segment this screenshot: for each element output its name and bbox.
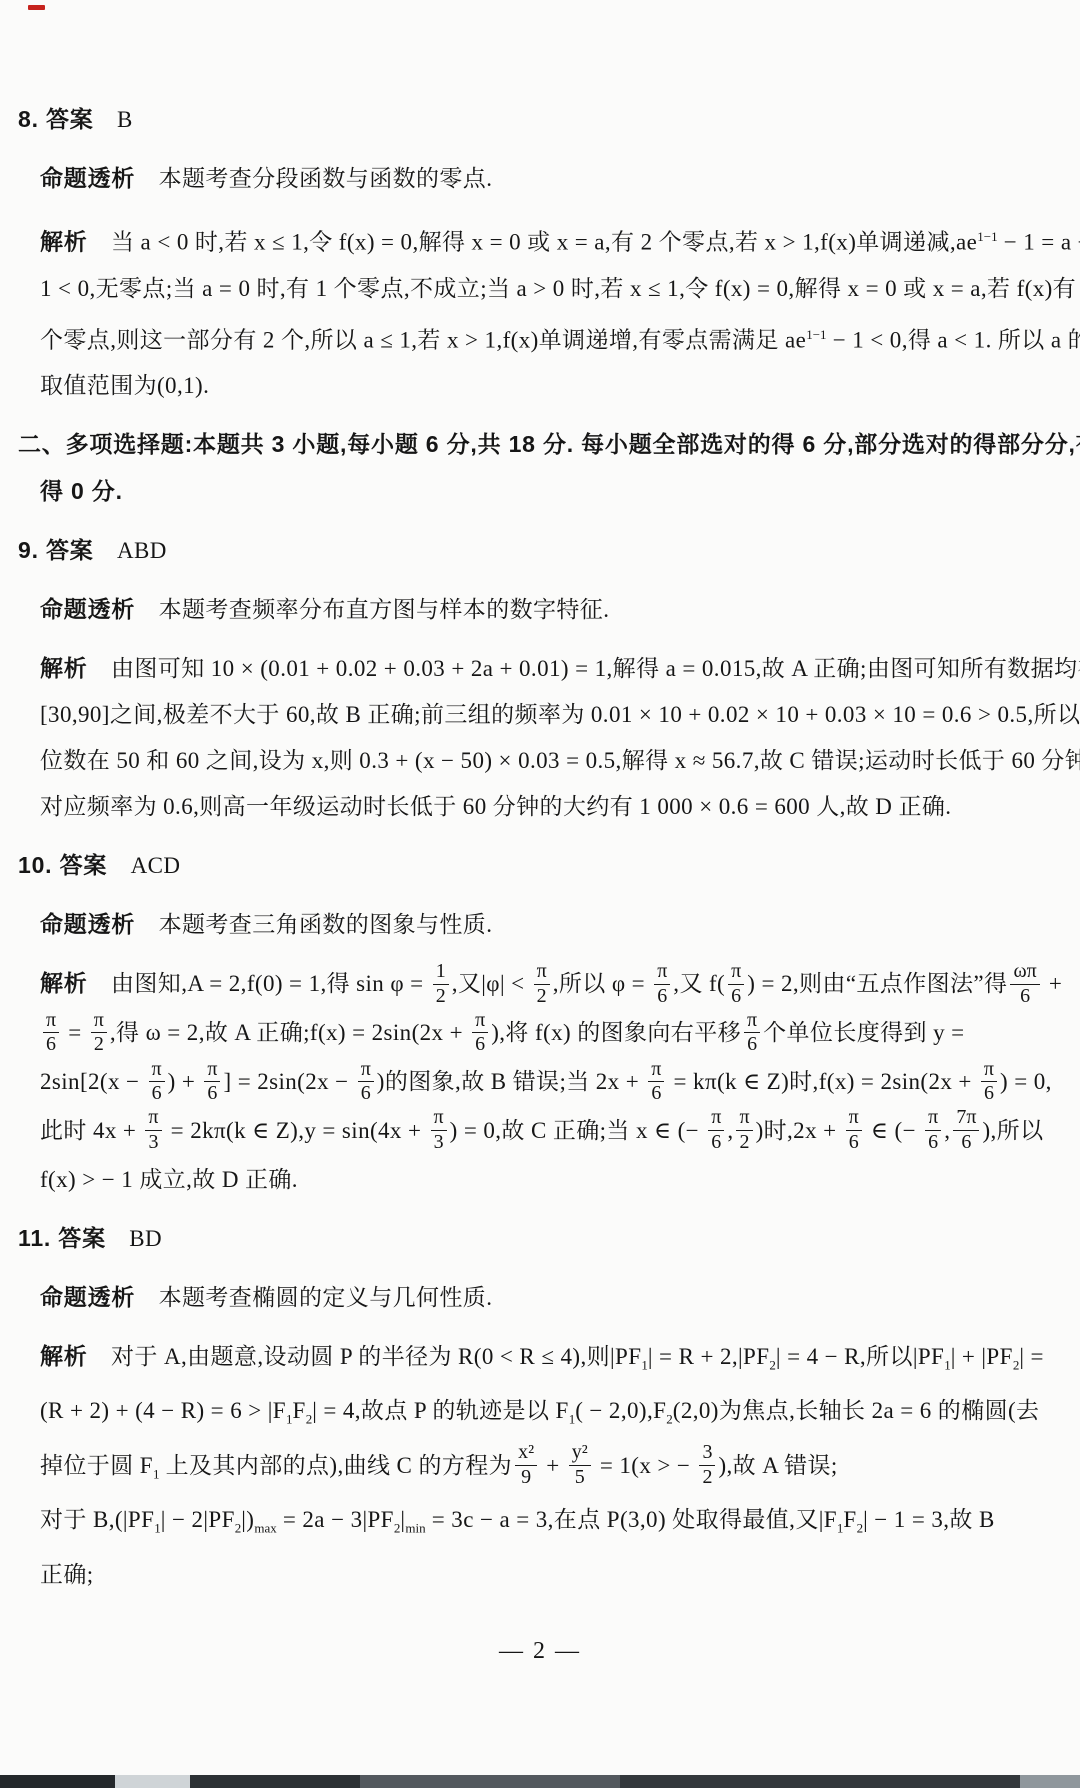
fraction: π3 [431,1108,447,1155]
strip-segment [1020,1775,1080,1788]
bold-label: 9. 答案 [18,537,94,563]
bold-label: 命题透析 [40,165,135,191]
fraction-numerator: π [43,1010,59,1033]
text-run: 对于 A,由题意,设动圆 P 的半径为 R(0 < R ≤ 4),则|PF [88,1344,642,1369]
fraction-numerator: π [431,1108,447,1131]
fraction-numerator: π [728,960,744,984]
text-line: 9. 答案 ABD [0,527,1080,574]
text-run: 1 < 0,无零点;当 a = 0 时,有 1 个零点,不成立;当 a > 0 … [40,276,1080,301]
fraction-numerator: π [358,1059,374,1082]
text-line: 11. 答案 BD [0,1215,1080,1262]
text-run: ) + [168,1069,202,1094]
fraction-denominator: 2 [700,1466,714,1490]
fraction: π6 [925,1108,941,1155]
q10-insight: 命题透析 本题考查三角函数的图象与性质. [0,901,1080,948]
fraction: π6 [472,1010,488,1057]
text-run: 取值范围为(0,1). [40,373,209,398]
superscript: 1−1 [977,229,997,244]
fraction-numerator: 3 [699,1443,715,1466]
fraction-denominator: 6 [205,1082,219,1106]
strip-segment [620,1775,1020,1788]
text-run: | − 2|PF [161,1507,235,1532]
fraction-numerator: π [149,1059,165,1082]
fraction: π6 [708,1108,724,1155]
fraction: π6 [846,1108,862,1155]
fraction: π6 [981,1059,997,1106]
fraction-denominator: 2 [92,1033,106,1057]
strip-segment [0,1775,115,1788]
text-run: = 2kπ(k ∈ Z),y = sin(4x + [165,1118,428,1143]
text-run: ) = 0, [1000,1069,1052,1094]
text-line: 命题透析 本题考查频率分布直方图与样本的数字特征. [0,586,1080,633]
fraction-denominator: 3 [432,1131,446,1155]
fraction: π6 [43,1010,59,1057]
text-run: , [727,1118,733,1143]
q8-insight: 命题透析 本题考查分段函数与函数的零点. [0,155,1080,202]
text-run: ),将 f(x) 的图象向右平移 [491,1020,741,1045]
text-run: 由图知,A = 2,f(0) = 1,得 sin φ = [88,971,430,996]
text-run: f(x) > − 1 成立,故 D 正确. [40,1167,298,1192]
text-run: = 1(x > − [594,1453,697,1478]
fraction: π2 [736,1108,752,1155]
fraction-numerator: π [846,1108,862,1131]
text-line: 命题透析 本题考查三角函数的图象与性质. [0,901,1080,948]
text-run: 此时 4x + [40,1118,142,1143]
fraction: π2 [91,1010,107,1057]
text-run: ,又 f( [673,971,725,996]
text-run: ACD [107,853,180,878]
text-run: | = 4 − R,所以|PF [776,1344,944,1369]
fraction: π6 [654,960,670,1008]
exam-answer-page: 8. 答案 B命题透析 本题考查分段函数与函数的零点.解析 当 a < 0 时,… [0,0,1080,1788]
fraction-numerator: y² [569,1443,591,1466]
fraction-denominator: 6 [649,1082,663,1106]
text-run: 本题考查频率分布直方图与样本的数字特征. [135,597,609,622]
fraction-numerator: π [534,960,550,984]
text-line: 掉位于圆 F1 上及其内部的点),曲线 C 的方程为x²9 + y²5 = 1(… [0,1443,1080,1498]
text-run: ) = 0,故 C 正确;当 x ∈ (− [450,1118,706,1143]
fraction-numerator: π [91,1010,107,1033]
fraction-denominator: 6 [745,1033,759,1057]
text-line: f(x) > − 1 成立,故 D 正确. [0,1157,1080,1203]
text-line: (R + 2) + (4 − R) = 6 > |F1F2| = 4,故点 P … [0,1388,1080,1443]
fraction-numerator: 7π [953,1108,979,1131]
fraction: π6 [149,1059,165,1106]
text-run: 对应频率为 0.6,则高一年级运动时长低于 60 分钟的大约有 1 000 × … [40,794,951,819]
fraction: π6 [358,1059,374,1106]
text-line: 8. 答案 B [0,96,1080,143]
text-line: 个零点,则这一部分有 2 个,所以 a ≤ 1,若 x > 1,f(x)单调递增… [0,312,1080,364]
fraction: π6 [204,1059,220,1106]
text-line: 解析 由图知,A = 2,f(0) = 1,得 sin φ = 12,又|φ| … [0,960,1080,1010]
q11-analysis: 解析 对于 A,由题意,设动圆 P 的半径为 R(0 < R ≤ 4),则|PF… [0,1333,1080,1598]
fraction: y²5 [569,1443,591,1490]
fraction-numerator: π [472,1010,488,1033]
q8-answer: 8. 答案 B [0,96,1080,143]
text-run: ∈ (− [865,1118,922,1143]
fraction-numerator: π [744,1010,760,1033]
fraction-numerator: x² [515,1443,537,1466]
fraction-numerator: π [736,1108,752,1131]
text-run: | = R + 2,|PF [648,1344,770,1369]
bold-label: 命题透析 [40,911,135,937]
text-run: + [540,1453,566,1478]
text-run: 个单位长度得到 y = [763,1020,964,1045]
text-line: 对于 B,(|PF1| − 2|PF2|)max = 2a − 3|PF2|mi… [0,1497,1080,1552]
bold-label: 解析 [40,655,88,681]
page-number: — 2 — [0,1638,1080,1665]
text-line: 命题透析 本题考查分段函数与函数的零点. [0,155,1080,202]
text-line: 命题透析 本题考查椭圆的定义与几何性质. [0,1274,1080,1321]
text-run: ABD [94,538,167,563]
subscript: max [254,1521,276,1536]
page-number-label: — 2 — [499,1638,581,1664]
text-run: = 2a − 3|PF [277,1507,394,1532]
text-line: 位数在 50 和 60 之间,设为 x,则 0.3 + (x − 50) × 0… [0,738,1080,784]
text-run: 上及其内部的点),曲线 C 的方程为 [159,1453,512,1478]
q9-insight: 命题透析 本题考查频率分布直方图与样本的数字特征. [0,586,1080,633]
text-run: )的图象,故 B 错误;当 2x + [377,1069,645,1094]
q11-insight: 命题透析 本题考查椭圆的定义与几何性质. [0,1274,1080,1321]
text-run: = 3c − a = 3,在点 P(3,0) 处取得最值,又|F [426,1507,837,1532]
text-line: 二、多项选择题:本题共 3 小题,每小题 6 分,共 18 分. 每小题全部选对… [0,421,1080,468]
text-line: 解析 对于 A,由题意,设动圆 P 的半径为 R(0 < R ≤ 4),则|PF… [0,1333,1080,1389]
fraction: π3 [145,1108,161,1155]
fraction-numerator: π [654,960,670,984]
text-run: | + |PF [951,1344,1013,1369]
fraction: π6 [648,1059,664,1106]
bold-label: 11. 答案 [18,1225,106,1251]
subscript: min [405,1521,425,1536]
text-run: BD [106,1226,162,1251]
text-line: 对应频率为 0.6,则高一年级运动时长低于 60 分钟的大约有 1 000 × … [0,784,1080,830]
fraction-numerator: π [981,1059,997,1082]
fraction-denominator: 6 [959,1131,973,1155]
text-run: 2sin[2(x − [40,1069,146,1094]
text-line: π6 = π2,得 ω = 2,故 A 正确;f(x) = 2sin(2x + … [0,1010,1080,1059]
text-run: | − 1 = 3,故 B [863,1507,995,1532]
q11-answer: 11. 答案 BD [0,1215,1080,1262]
bold-label: 10. 答案 [18,852,107,878]
strip-segment [360,1775,620,1788]
fraction: π6 [744,1010,760,1057]
fraction-denominator: 6 [655,985,669,1009]
document-content: 8. 答案 B命题透析 本题考查分段函数与函数的零点.解析 当 a < 0 时,… [0,0,1080,1598]
fraction-denominator: 6 [709,1131,723,1155]
fraction-denominator: 6 [44,1033,58,1057]
fraction: x²9 [515,1443,537,1490]
text-run: 本题考查三角函数的图象与性质. [135,912,492,937]
bold-label: 得 0 分. [40,478,123,504]
fraction-numerator: π [145,1108,161,1131]
text-run: = kπ(k ∈ Z)时,f(x) = 2sin(2x + [667,1069,978,1094]
strip-segment [115,1775,190,1788]
text-run: ) = 2,则由“五点作图法”得 [747,971,1007,996]
text-run: )时,2x + [756,1118,843,1143]
q10-answer: 10. 答案 ACD [0,842,1080,889]
fraction-numerator: π [708,1108,724,1131]
text-run: | = 4,故点 P 的轨迹是以 F [312,1398,569,1423]
text-run: ),所以 [982,1118,1043,1143]
text-run: |) [241,1507,254,1532]
text-run: + [1043,971,1063,996]
text-run: (2,0)为焦点,长轴长 2a = 6 的椭圆(去 [673,1398,1040,1423]
strip-segment [190,1775,360,1788]
fraction-denominator: 6 [982,1082,996,1106]
text-run: ,得 ω = 2,故 A 正确;f(x) = 2sin(2x + [110,1020,469,1045]
fraction-denominator: 6 [926,1131,940,1155]
bold-label: 命题透析 [40,1284,135,1310]
fraction: π6 [728,960,744,1008]
fraction-denominator: 6 [150,1082,164,1106]
text-run: , [944,1118,950,1143]
text-run: 正确; [40,1562,94,1587]
q9-analysis: 解析 由图可知 10 × (0.01 + 0.02 + 0.03 + 2a + … [0,645,1080,830]
fraction-numerator: π [204,1059,220,1082]
fraction-denominator: 9 [519,1466,533,1490]
fraction-numerator: 1 [433,960,449,984]
fraction-denominator: 6 [847,1131,861,1155]
text-line: 10. 答案 ACD [0,842,1080,889]
bold-label: 8. 答案 [18,106,94,132]
fraction-numerator: ωπ [1010,960,1039,984]
section-2-header: 二、多项选择题:本题共 3 小题,每小题 6 分,共 18 分. 每小题全部选对… [0,421,1080,515]
text-run: ,又|φ| < [452,971,531,996]
fraction-denominator: 6 [473,1033,487,1057]
text-run: B [94,107,133,132]
fraction-numerator: π [648,1059,664,1082]
bold-label: 命题透析 [40,596,135,622]
bold-label: 解析 [40,1343,88,1369]
fraction: ωπ6 [1010,960,1039,1008]
text-run: 本题考查分段函数与函数的零点. [135,166,492,191]
text-run: ] = 2sin(2x − [223,1069,354,1094]
fraction-denominator: 6 [1018,985,1032,1009]
fraction: 12 [433,960,449,1008]
text-run: F [292,1398,305,1423]
fraction: 7π6 [953,1108,979,1155]
text-run: 个零点,则这一部分有 2 个,所以 a ≤ 1,若 x > 1,f(x)单调递增… [40,327,806,352]
fraction-denominator: 6 [729,985,743,1009]
q10-analysis: 解析 由图知,A = 2,f(0) = 1,得 sin φ = 12,又|φ| … [0,960,1080,1202]
text-run: 本题考查椭圆的定义与几何性质. [135,1285,492,1310]
text-run: − 1 = a − [998,230,1080,255]
text-run: 对于 B,(|PF [40,1507,154,1532]
text-run: ( − 2,0),F [575,1398,666,1423]
fraction-denominator: 5 [573,1466,587,1490]
text-run: | = [1019,1344,1044,1369]
fraction-denominator: 3 [146,1131,160,1155]
text-line: 正确; [0,1552,1080,1598]
bold-label: 二、多项选择题:本题共 3 小题,每小题 6 分,共 18 分. 每小题全部选对… [18,431,1080,457]
text-line: 取值范围为(0,1). [0,363,1080,409]
text-run: [30,90]之间,极差不大于 60,故 B 正确;前三组的频率为 0.01 ×… [40,702,1080,727]
bottom-strip [0,1775,1080,1788]
fraction-denominator: 2 [738,1131,752,1155]
text-run: 位数在 50 和 60 之间,设为 x,则 0.3 + (x − 50) × 0… [40,748,1080,773]
fraction: π2 [534,960,550,1008]
text-run: − 1 < 0,得 a < 1. 所以 a 的 [827,327,1080,352]
fraction-denominator: 6 [359,1082,373,1106]
text-run: = [62,1020,88,1045]
text-line: 1 < 0,无零点;当 a = 0 时,有 1 个零点,不成立;当 a > 0 … [0,266,1080,312]
text-line: 解析 由图可知 10 × (0.01 + 0.02 + 0.03 + 2a + … [0,645,1080,692]
q9-answer: 9. 答案 ABD [0,527,1080,574]
text-run: ),故 A 错误; [718,1453,837,1478]
red-scan-mark [28,5,45,10]
text-run: (R + 2) + (4 − R) = 6 > |F [40,1398,286,1423]
text-line: [30,90]之间,极差不大于 60,故 B 正确;前三组的频率为 0.01 ×… [0,692,1080,738]
bold-label: 解析 [40,970,88,996]
text-line: 2sin[2(x − π6) + π6] = 2sin(2x − π6)的图象,… [0,1059,1080,1108]
text-line: 解析 当 a < 0 时,若 x ≤ 1,令 f(x) = 0,解得 x = 0… [0,214,1080,266]
text-run: 当 a < 0 时,若 x ≤ 1,令 f(x) = 0,解得 x = 0 或 … [88,230,978,255]
fraction: 32 [699,1443,715,1490]
superscript: 1−1 [806,327,826,342]
text-run: 由图可知 10 × (0.01 + 0.02 + 0.03 + 2a + 0.0… [88,656,1080,681]
q8-analysis: 解析 当 a < 0 时,若 x ≤ 1,令 f(x) = 0,解得 x = 0… [0,214,1080,409]
fraction-numerator: π [925,1108,941,1131]
text-line: 得 0 分. [0,468,1080,515]
text-run: F [843,1507,856,1532]
text-run: ,所以 φ = [553,971,651,996]
fraction-denominator: 2 [535,985,549,1009]
text-line: 此时 4x + π3 = 2kπ(k ∈ Z),y = sin(4x + π3)… [0,1108,1080,1157]
fraction-denominator: 2 [434,985,448,1009]
text-run: 掉位于圆 F [40,1453,153,1478]
bold-label: 解析 [40,229,88,255]
